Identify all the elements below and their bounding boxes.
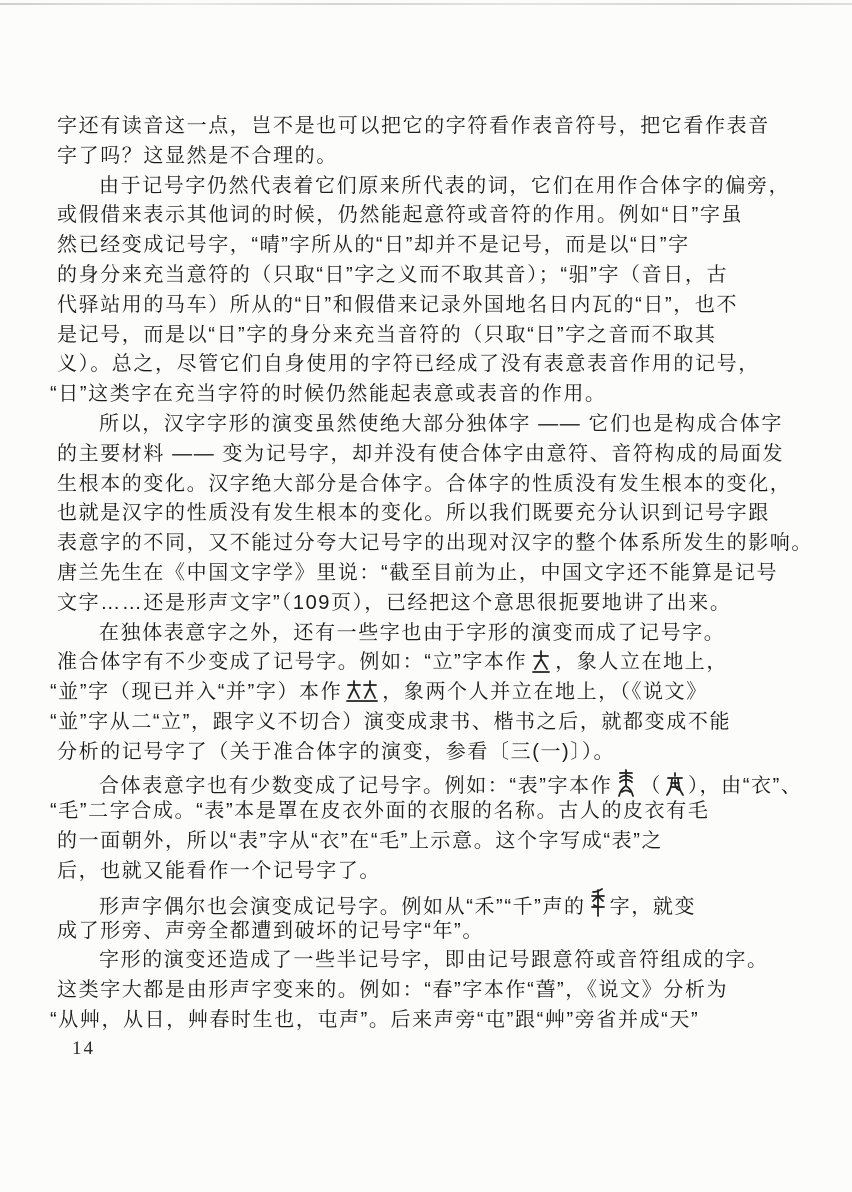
text-line: 文字……还是形声文字”（109页），已经把这个意思很扼要地讲了出来。: [57, 589, 817, 619]
ancient-glyph-nian: [589, 887, 607, 929]
text-line: 由于记号字仍然代表着它们原来所代表的词，它们在用作合体字的偏旁，: [57, 172, 817, 202]
text-line: 在独体表意字之外，还有一些字也由于字形的演变而成了记号字。: [57, 619, 817, 649]
text-line: “日”这类字在充当字符的时候仍然能起表意或表音的作用。: [50, 380, 817, 410]
text-line: 成了形旁、声旁全都遭到破坏的记号字“年”。: [57, 917, 817, 947]
text-line: 代驿站用的马车）所从的“日”和假借来记录外国地名日内瓦的“日”，也不: [57, 291, 817, 321]
text-line: 后，也就又能看作一个记号字了。: [57, 857, 817, 887]
text-line: 然已经变成记号字，“晴”字所从的“日”却并不是记号，而是以“日”字: [57, 231, 817, 261]
text-line: 是记号，而是以“日”字的身分来充当音符的（只取“日”字之音而不取其: [57, 321, 817, 351]
text-line: 形声字偶尔也会演变成记号字。例如从“禾”“千”声的字，就变: [57, 887, 817, 917]
text-line: 的一面朝外，所以“表”字从“衣”在“毛”上示意。这个字写成“表”之: [57, 827, 817, 857]
text-line: 唐兰先生在《中国文字学》里说：“截至目前为止，中国文字还不能算是记号: [57, 559, 817, 589]
text-line: 生根本的变化。汉字绝大部分是合体字。合体字的性质没有发生根本的变化，: [57, 470, 817, 500]
text-line: 分析的记号字了（关于准合体字的演变，参看〔三(一)〕）。: [57, 738, 817, 768]
text-line: 字形的演变还造成了一些半记号字，即由记号跟意符或音符组成的字。: [57, 946, 817, 976]
text-line: 字还有读音这一点，岂不是也可以把它的字符看作表音符号，把它看作表音: [57, 112, 817, 142]
scan-edge-line: [0, 3, 852, 5]
text-line: “毛”二字合成。“表”本是罩在皮衣外面的衣服的名称。古人的皮衣有毛: [50, 797, 817, 827]
text-line: “並”字从二“立”，跟字义不切合）演变成隶书、楷书之后，就都变成不能: [50, 708, 817, 738]
text-line: “从艸，从日，艸春时生也，屯声”。后来声旁“屯”跟“艸”旁省并成“天”: [50, 1006, 817, 1036]
text-line: 字了吗？这显然是不合理的。: [57, 142, 817, 172]
text-line: 合体表意字也有少数变成了记号字。例如：“表”字本作（），由“衣”、: [57, 768, 817, 798]
text-line: 所以，汉字字形的演变虽然使绝大部分独体字 —— 它们也是构成合体字: [57, 410, 817, 440]
text-line: 也就是汉字的性质没有发生根本的变化。所以我们既要充分认识到记号字跟: [57, 499, 817, 529]
text-line: 这类字大都是由形声字变来的。例如：“春”字本作“萅”，《说文》分析为: [57, 976, 817, 1006]
text-line: 的身分来充当意符的（只取“日”字之义而不取其音）；“驲”字（音日，古: [57, 261, 817, 291]
text-line: 准合体字有不少变成了记号字。例如：“立”字本作，象人立在地上，: [57, 648, 817, 678]
text-line: 的主要材料 —— 变为记号字，却并没有使合体字由意符、音符构成的局面发: [57, 440, 817, 470]
text-block: 字还有读音这一点，岂不是也可以把它的字符看作表音符号，把它看作表音字了吗？这显然…: [57, 112, 817, 1036]
text-line: 表意字的不同，又不能过分夸大记号字的出现对汉字的整个体系所发生的影响。: [57, 529, 817, 559]
text-line: 义）。总之，尽管它们自身使用的字符已经成了没有表意表音作用的记号，: [57, 350, 817, 380]
text-line: 或假借来表示其他词的时候，仍然能起意符或音符的作用。例如“日”字虽: [57, 201, 817, 231]
page-number: 14: [72, 1038, 95, 1060]
manuscript-page: 字还有读音这一点，岂不是也可以把它的字符看作表音符号，把它看作表音字了吗？这显然…: [0, 0, 852, 1192]
text-line: “並”字（现已并入“并”字）本作，象两个人并立在地上，（《说文》: [50, 678, 817, 708]
